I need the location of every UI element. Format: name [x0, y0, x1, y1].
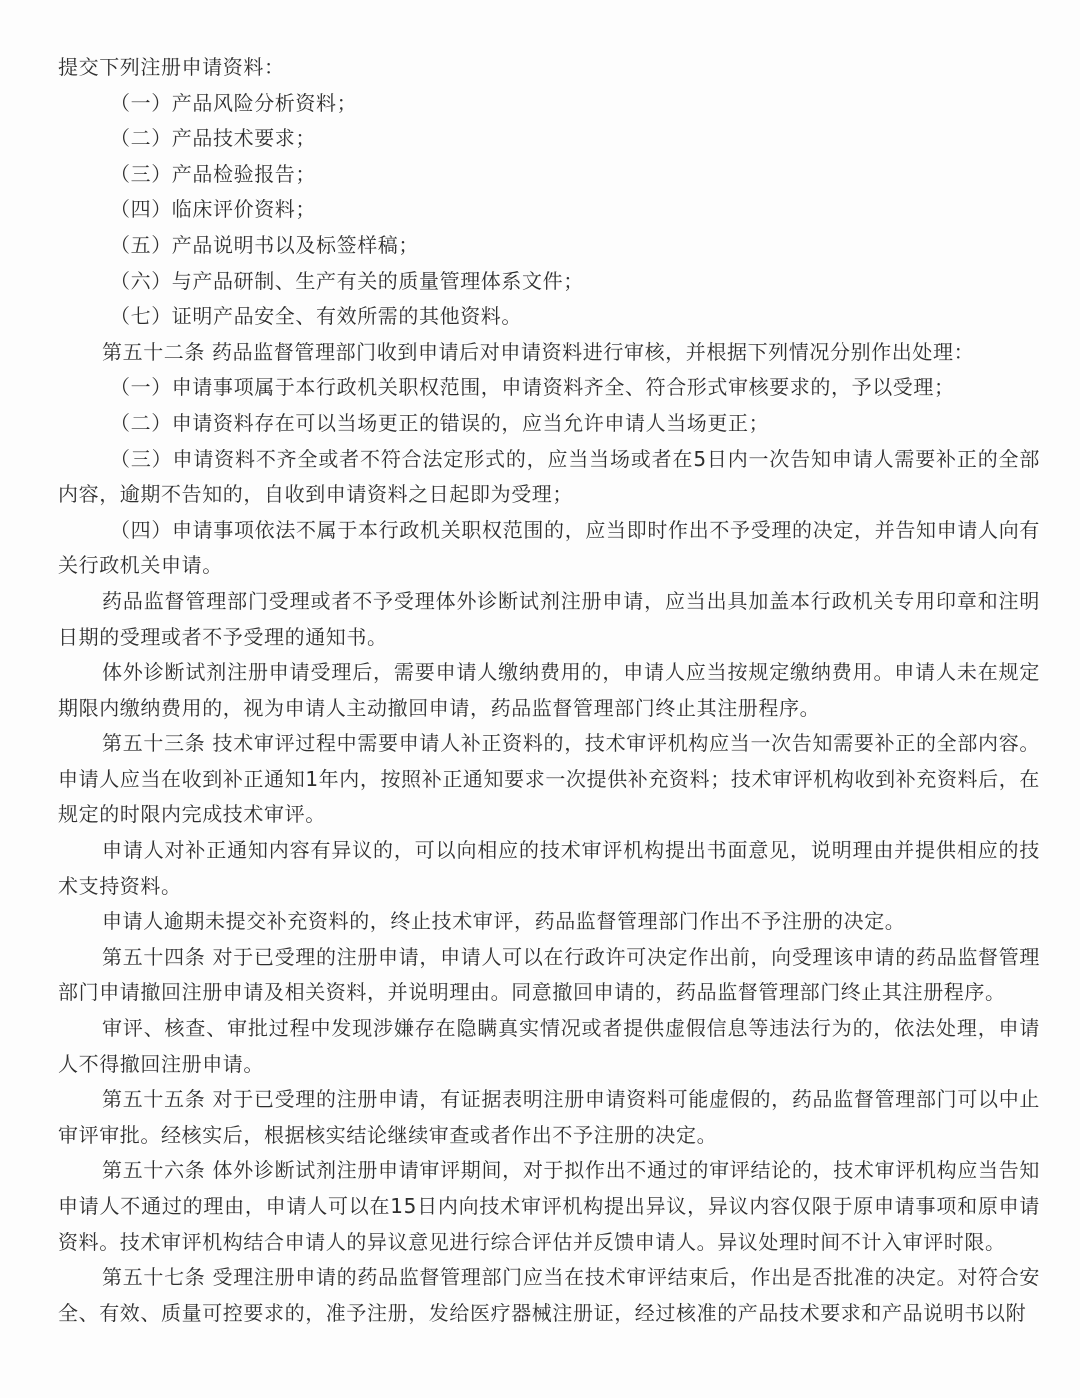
paragraph: 申请人逾期未提交补充资料的，终止技术审评，药品监督管理部门作出不予注册的决定。 — [58, 904, 1040, 940]
article-paragraph: 第五十三条 技术审评过程中需要申请人补正资料的，技术审评机构应当一次告知需要补正… — [58, 726, 1040, 833]
paragraph: 药品监督管理部门受理或者不予受理体外诊断试剂注册申请，应当出具加盖本行政机关专用… — [58, 584, 1040, 655]
paragraph: （四）申请事项依法不属于本行政机关职权范围的，应当即时作出不予受理的决定，并告知… — [58, 513, 1040, 584]
paragraph-text: （二）产品技术要求； — [110, 126, 316, 150]
paragraph-text: 体外诊断试剂注册申请审评期间，对于拟作出不通过的审评结论的，技术审评机构应当告知… — [58, 1158, 1040, 1253]
paragraph: （一）申请事项属于本行政机关职权范围，申请资料齐全、符合形式审核要求的，予以受理… — [58, 370, 1040, 406]
paragraph-text: 技术审评过程中需要申请人补正资料的，技术审评机构应当一次告知需要补正的全部内容。… — [58, 731, 1040, 826]
article-paragraph: 第五十四条 对于已受理的注册申请，申请人可以在行政许可决定作出前，向受理该申请的… — [58, 940, 1040, 1011]
paragraph-text: 对于已受理的注册申请，有证据表明注册申请资料可能虚假的，药品监督管理部门可以中止… — [58, 1087, 1040, 1147]
paragraph-text: （二）申请资料存在可以当场更正的错误的，应当允许申请人当场更正； — [110, 411, 769, 435]
paragraph-text: 审评、核查、审批过程中发现涉嫌存在隐瞒真实情况或者提供虚假信息等违法行为的，依法… — [58, 1016, 1040, 1076]
paragraph-text: （六）与产品研制、生产有关的质量管理体系文件； — [110, 269, 584, 293]
paragraph-text: 体外诊断试剂注册申请受理后，需要申请人缴纳费用的，申请人应当按规定缴纳费用。申请… — [58, 660, 1040, 720]
paragraph-text: 提交下列注册申请资料： — [58, 55, 285, 79]
article-paragraph: 第五十五条 对于已受理的注册申请，有证据表明注册申请资料可能虚假的，药品监督管理… — [58, 1082, 1040, 1153]
paragraph: （五）产品说明书以及标签样稿； — [58, 228, 1040, 264]
paragraph-text: 对于已受理的注册申请，申请人可以在行政许可决定作出前，向受理该申请的药品监督管理… — [58, 945, 1040, 1005]
paragraph: （一）产品风险分析资料； — [58, 86, 1040, 122]
document-page: 提交下列注册申请资料：（一）产品风险分析资料；（二）产品技术要求；（三）产品检验… — [0, 0, 1080, 1398]
paragraph-text: 申请人逾期未提交补充资料的，终止技术审评，药品监督管理部门作出不予注册的决定。 — [102, 909, 905, 933]
article-paragraph: 第五十七条 受理注册申请的药品监督管理部门应当在技术审评结束后，作出是否批准的决… — [58, 1260, 1040, 1331]
article-number: 第五十二条 — [102, 340, 205, 364]
paragraph-text: （四）临床评价资料； — [110, 197, 316, 221]
article-number: 第五十七条 — [102, 1265, 205, 1289]
paragraph: （二）产品技术要求； — [58, 121, 1040, 157]
paragraph: 体外诊断试剂注册申请受理后，需要申请人缴纳费用的，申请人应当按规定缴纳费用。申请… — [58, 655, 1040, 726]
paragraph: （四）临床评价资料； — [58, 192, 1040, 228]
paragraph: （六）与产品研制、生产有关的质量管理体系文件； — [58, 264, 1040, 300]
paragraph: （二）申请资料存在可以当场更正的错误的，应当允许申请人当场更正； — [58, 406, 1040, 442]
article-paragraph: 第五十二条 药品监督管理部门收到申请后对申请资料进行审核，并根据下列情况分别作出… — [58, 335, 1040, 371]
article-number: 第五十六条 — [102, 1158, 205, 1182]
article-paragraph: 第五十六条 体外诊断试剂注册申请审评期间，对于拟作出不通过的审评结论的，技术审评… — [58, 1153, 1040, 1260]
paragraph: 审评、核查、审批过程中发现涉嫌存在隐瞒真实情况或者提供虚假信息等违法行为的，依法… — [58, 1011, 1040, 1082]
paragraph: 提交下列注册申请资料： — [58, 50, 1040, 86]
paragraph-text: （四）申请事项依法不属于本行政机关职权范围的，应当即时作出不予受理的决定，并告知… — [58, 518, 1040, 578]
article-number: 第五十五条 — [102, 1087, 205, 1111]
article-number: 第五十四条 — [102, 945, 205, 969]
paragraph-text: （五）产品说明书以及标签样稿； — [110, 233, 419, 257]
paragraph: （七）证明产品安全、有效所需的其他资料。 — [58, 299, 1040, 335]
paragraph-text: 药品监督管理部门收到申请后对申请资料进行审核，并根据下列情况分别作出处理： — [212, 340, 974, 364]
paragraph: 申请人对补正通知内容有异议的，可以向相应的技术审评机构提出书面意见，说明理由并提… — [58, 833, 1040, 904]
paragraph-text: （三）产品检验报告； — [110, 162, 316, 186]
paragraph: （三）申请资料不齐全或者不符合法定形式的，应当当场或者在5日内一次告知申请人需要… — [58, 442, 1040, 513]
document-text-area: 提交下列注册申请资料：（一）产品风险分析资料；（二）产品技术要求；（三）产品检验… — [58, 50, 1040, 1331]
paragraph-text: （一）申请事项属于本行政机关职权范围，申请资料齐全、符合形式审核要求的，予以受理… — [110, 375, 955, 399]
paragraph-text: （一）产品风险分析资料； — [110, 91, 357, 115]
paragraph-text: 受理注册申请的药品监督管理部门应当在技术审评结束后，作出是否批准的决定。对符合安… — [58, 1265, 1040, 1325]
paragraph-text: 申请人对补正通知内容有异议的，可以向相应的技术审评机构提出书面意见，说明理由并提… — [58, 838, 1040, 898]
paragraph-text: 药品监督管理部门受理或者不予受理体外诊断试剂注册申请，应当出具加盖本行政机关专用… — [58, 589, 1040, 649]
article-number: 第五十三条 — [102, 731, 205, 755]
paragraph-text: （七）证明产品安全、有效所需的其他资料。 — [110, 304, 522, 328]
paragraph-text: （三）申请资料不齐全或者不符合法定形式的，应当当场或者在5日内一次告知申请人需要… — [58, 447, 1040, 507]
paragraph: （三）产品检验报告； — [58, 157, 1040, 193]
